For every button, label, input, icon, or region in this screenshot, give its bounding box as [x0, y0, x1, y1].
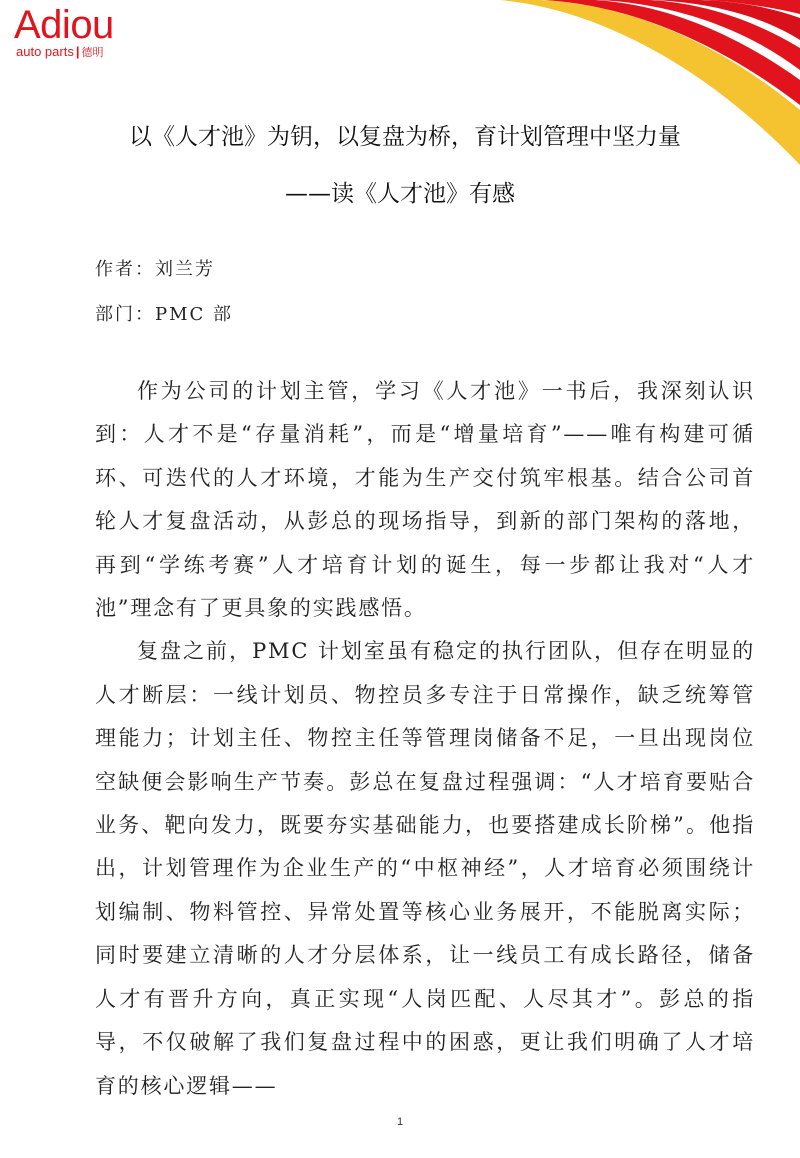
company-logo: Adiou auto parts|德明: [14, 6, 114, 60]
logo-wordmark: Adiou: [14, 6, 114, 44]
author-line: 作者：刘兰芳: [95, 255, 215, 281]
page-number: 1: [0, 1116, 800, 1128]
department-line: 部门：PMC 部: [95, 300, 233, 326]
logo-tagline: auto parts|德明: [14, 44, 114, 60]
document-title: 以《人才池》为钥，以复盘为桥，育计划管理中坚力量: [0, 118, 800, 151]
document-body: 作为公司的计划主管，学习《人才池》一书后，我深刻认识到：人才不是“存量消耗”，而…: [95, 370, 755, 1108]
logo-chinese-name: 德明: [81, 47, 103, 59]
logo-separator: |: [76, 44, 80, 59]
paragraph: 复盘之前，PMC 计划室虽有稳定的执行团队，但存在明显的人才断层：一线计划员、物…: [95, 630, 755, 1107]
document-subtitle: ——读《人才池》有感: [0, 175, 800, 208]
logo-tagline-text: auto parts: [16, 44, 74, 59]
paragraph: 作为公司的计划主管，学习《人才池》一书后，我深刻认识到：人才不是“存量消耗”，而…: [95, 370, 755, 630]
